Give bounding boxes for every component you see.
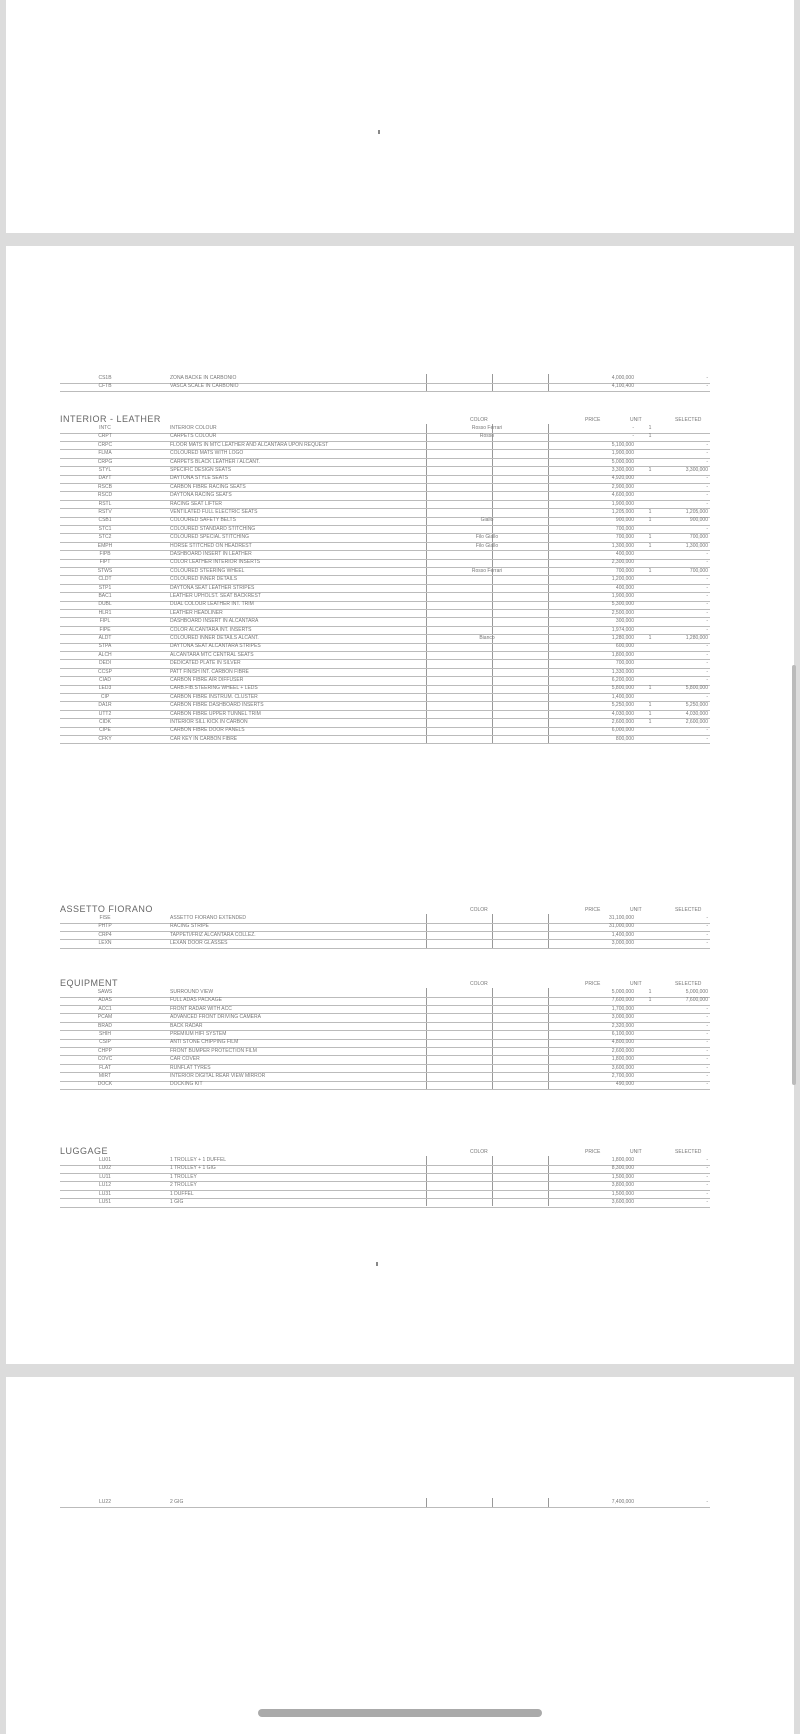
item-code: FIPT xyxy=(88,558,122,566)
item-code: SHIH xyxy=(88,1030,122,1038)
item-price: 1,900,000 xyxy=(550,449,634,457)
item-selected: 5,000,000 xyxy=(660,988,708,996)
item-price: 2,600,000 xyxy=(550,1047,634,1055)
item-description: FLOOR MATS IN MTC LEATHER AND ALCANTARA … xyxy=(170,441,328,449)
item-code: CHPP xyxy=(88,1047,122,1055)
item-code: PCAM xyxy=(88,1013,122,1021)
item-unit: 1 xyxy=(640,634,660,642)
item-description: VASCA SCALE IN CARBONIO xyxy=(170,382,239,390)
item-color: Filo Giallo xyxy=(428,533,546,541)
item-code: LU12 xyxy=(88,1181,122,1189)
item-price: 700,000 xyxy=(550,567,634,575)
item-selected: - xyxy=(660,659,708,667)
item-description: TAPPETI/FRIZ ALCANTARA COLLEZ. xyxy=(170,931,256,939)
section-title: ASSETTO FIORANO xyxy=(60,904,153,914)
item-color: Rosso Ferrari xyxy=(428,567,546,575)
item-selected: 4,030,000 xyxy=(660,710,708,718)
item-price: 3,800,000 xyxy=(550,1181,634,1189)
item-description: INTERIOR SILL KICK IN CARBON xyxy=(170,718,248,726)
item-description: SURROUND VIEW xyxy=(170,988,213,996)
item-price: 5,800,000 xyxy=(550,684,634,692)
item-price: 4,920,000 xyxy=(550,474,634,482)
home-indicator[interactable] xyxy=(258,1709,542,1717)
item-selected: - xyxy=(660,651,708,659)
column-header: UNIT xyxy=(630,1149,642,1155)
item-code: CRPT xyxy=(88,432,122,440)
item-selected: - xyxy=(660,642,708,650)
item-price: 4,000,000 xyxy=(550,374,634,382)
item-description: ALCANTARA MTC CENTRAL SEATS xyxy=(170,651,254,659)
item-code: BRAD xyxy=(88,1022,122,1030)
item-description: DAYTONA RACING SEATS xyxy=(170,491,232,499)
pdf-page-3: LU222 GIG7,400,000- xyxy=(6,1377,794,1734)
item-selected: - xyxy=(660,592,708,600)
item-description: INTERIOR COLOUR xyxy=(170,424,217,432)
item-selected: - xyxy=(660,558,708,566)
item-code: CSIP xyxy=(88,1038,122,1046)
item-selected: - xyxy=(660,449,708,457)
item-selected: 1,280,000 xyxy=(660,634,708,642)
item-code: LED3 xyxy=(88,684,122,692)
section-title: EQUIPMENT xyxy=(60,978,118,988)
item-price: 3,000,000 xyxy=(550,1013,634,1021)
item-description: CARBON FIBRE AIR DIFFUSER xyxy=(170,676,243,684)
item-selected: - xyxy=(660,491,708,499)
item-code: DUBL xyxy=(88,600,122,608)
item-price: 1,400,000 xyxy=(550,931,634,939)
item-description: DASHBOARD INSERT IN ALCANTARA xyxy=(170,617,258,625)
item-selected: - xyxy=(660,676,708,684)
item-code: RSTL xyxy=(88,500,122,508)
item-price: 700,000 xyxy=(550,659,634,667)
item-description: DOCKING KIT xyxy=(170,1080,203,1088)
column-header: PRICE xyxy=(585,417,600,423)
column-header: UNIT xyxy=(630,907,642,913)
item-price: 1,500,000 xyxy=(550,1190,634,1198)
item-description: 1 TROLLEY xyxy=(170,1173,197,1181)
item-selected: - xyxy=(660,1181,708,1189)
item-selected: - xyxy=(660,609,708,617)
item-description: COLOR LEATHER INTERIOR INSERTS xyxy=(170,558,260,566)
item-price: 2,320,000 xyxy=(550,1022,634,1030)
item-price: 3,000,000 xyxy=(550,939,634,947)
page-mark xyxy=(376,1262,378,1266)
item-selected: - xyxy=(660,693,708,701)
item-selected: - xyxy=(660,1198,708,1206)
item-description: CARB.FIB.STEERING WHEEL + LEDS xyxy=(170,684,258,692)
item-code: ALDT xyxy=(88,634,122,642)
item-code: CIPE xyxy=(88,726,122,734)
item-price: 6,100,000 xyxy=(550,1030,634,1038)
item-description: COLOURED INNER DETAILS ALCANT. xyxy=(170,634,259,642)
item-price: 1,974,000 xyxy=(550,626,634,634)
item-color: Rosso Ferrari xyxy=(428,424,546,432)
item-description: ANTI STONE CHIPPING FILM xyxy=(170,1038,238,1046)
item-code: FLMA xyxy=(88,449,122,457)
item-description: PREMIUM HIFI SYSTEM xyxy=(170,1030,226,1038)
item-code: LU11 xyxy=(88,1173,122,1181)
item-description: DAYTONA SEAT LEATHER STRIPES xyxy=(170,584,254,592)
table-row: LU222 GIG7,400,000- xyxy=(60,1498,710,1508)
item-code: UTT2 xyxy=(88,710,122,718)
item-price: 4,030,000 xyxy=(550,710,634,718)
item-price: 700,000 xyxy=(550,533,634,541)
item-description: 1 DUFFEL xyxy=(170,1190,194,1198)
item-code: LU31 xyxy=(88,1190,122,1198)
item-selected: 5,800,000 xyxy=(660,684,708,692)
item-price: 4,800,000 xyxy=(550,1038,634,1046)
column-header: PRICE xyxy=(585,981,600,987)
item-description: CARPETS BLACK LEATHER / ALCANT. xyxy=(170,458,260,466)
item-description: DASHBOARD INSERT IN LEATHER xyxy=(170,550,252,558)
item-price: 900,000 xyxy=(550,516,634,524)
item-selected: 5,250,000 xyxy=(660,701,708,709)
item-selected: - xyxy=(660,458,708,466)
item-selected: 700,000 xyxy=(660,533,708,541)
item-description: 1 TROLLEY + 1 DUFFEL xyxy=(170,1156,226,1164)
item-price: 800,000 xyxy=(550,735,634,743)
item-code: RSCD xyxy=(88,491,122,499)
item-unit: 1 xyxy=(640,710,660,718)
item-code: FISE xyxy=(88,914,122,922)
item-price: - xyxy=(550,424,634,432)
item-price: 2,900,000 xyxy=(550,483,634,491)
item-selected: - xyxy=(660,1156,708,1164)
item-selected: - xyxy=(660,668,708,676)
item-description: FRONT RADAR WITH ACC xyxy=(170,1005,232,1013)
item-code: RSTV xyxy=(88,508,122,516)
item-price: 31,000,000 xyxy=(550,922,634,930)
item-price: 4,100,400 xyxy=(550,382,634,390)
item-unit: 1 xyxy=(640,988,660,996)
item-code: LEXN xyxy=(88,939,122,947)
item-price: 600,000 xyxy=(550,642,634,650)
item-code: CS1B xyxy=(88,374,122,382)
item-price: 8,300,000 xyxy=(550,1164,634,1172)
item-selected: - xyxy=(660,1005,708,1013)
column-header: SELECTED xyxy=(675,981,701,987)
column-header: PRICE xyxy=(585,907,600,913)
item-description: RACING STRIPE xyxy=(170,922,209,930)
item-code: STP1 xyxy=(88,584,122,592)
item-description: COLOURED INNER DETAILS xyxy=(170,575,237,583)
table-row: CFTBVASCA SCALE IN CARBONIO4,100,400- xyxy=(60,382,710,392)
item-code: INTC xyxy=(88,424,122,432)
item-selected: 700,000 xyxy=(660,567,708,575)
section-title: INTERIOR - LEATHER xyxy=(60,414,161,424)
item-description: HORSE STITCHED ON HEADREST xyxy=(170,542,252,550)
column-header: PRICE xyxy=(585,1149,600,1155)
item-code: FLAT xyxy=(88,1064,122,1072)
item-description: 2 GIG xyxy=(170,1498,183,1506)
item-description: SPECIFIC DESIGN SEATS xyxy=(170,466,231,474)
item-selected: - xyxy=(660,939,708,947)
item-price: 1,500,000 xyxy=(550,1173,634,1181)
item-price: 4,600,000 xyxy=(550,491,634,499)
item-unit: 1 xyxy=(640,718,660,726)
page-mark xyxy=(378,130,380,134)
item-description: BACK RADAR xyxy=(170,1022,203,1030)
item-selected: - xyxy=(660,1072,708,1080)
item-description: ZONA BACKE IN CARBONIO xyxy=(170,374,236,382)
item-description: PATT FINISH INT. CARBON FIBRE xyxy=(170,668,249,676)
item-selected: - xyxy=(660,931,708,939)
item-price: 1,800,000 xyxy=(550,1055,634,1063)
item-code: PHTP xyxy=(88,922,122,930)
item-selected: - xyxy=(660,382,708,390)
item-code: DAYT xyxy=(88,474,122,482)
item-selected: - xyxy=(660,525,708,533)
item-selected: - xyxy=(660,575,708,583)
item-price: 1,205,000 xyxy=(550,508,634,516)
item-selected: - xyxy=(660,441,708,449)
item-code: COVC xyxy=(88,1055,122,1063)
item-unit: 1 xyxy=(640,516,660,524)
item-description: COLOR ALCANTARA INT. INSERTS xyxy=(170,626,252,634)
item-price: 5,000,000 xyxy=(550,458,634,466)
item-description: 2 TROLLEY xyxy=(170,1181,197,1189)
column-header: COLOR xyxy=(470,1149,488,1155)
item-code: LU22 xyxy=(88,1498,122,1506)
item-description: LEATHER UPHOLST. SEAT BACKREST xyxy=(170,592,261,600)
item-description: DAYTONA SEAT ALCANTARA STRIPES xyxy=(170,642,261,650)
item-description: 1 TROLLEY + 1 GIG xyxy=(170,1164,216,1172)
item-price: 1,330,000 xyxy=(550,668,634,676)
item-code: STPA xyxy=(88,642,122,650)
item-code: EMPH xyxy=(88,542,122,550)
item-price: 2,500,000 xyxy=(550,609,634,617)
item-selected: - xyxy=(660,1173,708,1181)
pdf-page-1 xyxy=(6,0,794,233)
item-code: CFKY xyxy=(88,735,122,743)
item-description: ASSETTO FIORANO EXTENDED xyxy=(170,914,246,922)
item-description: CAR COVER xyxy=(170,1055,200,1063)
item-code: MIRT xyxy=(88,1072,122,1080)
item-selected: - xyxy=(660,735,708,743)
item-price: 3,600,000 xyxy=(550,1198,634,1206)
scrollbar[interactable] xyxy=(792,665,796,1085)
item-description: DEDICATED PLATE IN SILVER xyxy=(170,659,241,667)
item-description: COLOURED STEERING WHEEL xyxy=(170,567,244,575)
item-selected: 2,600,000 xyxy=(660,718,708,726)
item-price: 2,300,000 xyxy=(550,558,634,566)
item-price: - xyxy=(550,432,634,440)
item-selected: - xyxy=(660,1047,708,1055)
item-description: ADVANCED FRONT DRIVING CAMERA xyxy=(170,1013,261,1021)
table-row: CFKYCAR KEY IN CARBON FIBRE800,000- xyxy=(60,735,710,745)
item-unit: 1 xyxy=(640,533,660,541)
item-code: DOCK xyxy=(88,1080,122,1088)
item-price: 6,200,000 xyxy=(550,676,634,684)
table-row: DOCKDOCKING KIT490,000- xyxy=(60,1080,710,1090)
item-selected: - xyxy=(660,483,708,491)
item-selected: - xyxy=(660,600,708,608)
item-unit: 1 xyxy=(640,996,660,1004)
item-selected: 1,205,000 xyxy=(660,508,708,516)
item-selected: - xyxy=(660,726,708,734)
item-selected: - xyxy=(660,1080,708,1088)
item-price: 490,000 xyxy=(550,1080,634,1088)
item-code: STWS xyxy=(88,567,122,575)
column-header: SELECTED xyxy=(675,417,701,423)
item-selected: - xyxy=(660,550,708,558)
column-header: SELECTED xyxy=(675,907,701,913)
item-selected: - xyxy=(660,1013,708,1021)
column-header: SELECTED xyxy=(675,1149,701,1155)
item-unit: 1 xyxy=(640,542,660,550)
item-code: FIPE xyxy=(88,626,122,634)
item-price: 6,000,000 xyxy=(550,726,634,734)
item-code: CIAD xyxy=(88,676,122,684)
item-selected: - xyxy=(660,1055,708,1063)
item-price: 7,400,000 xyxy=(550,1498,634,1506)
item-color: Filo Giallo xyxy=(428,542,546,550)
item-description: CARBON FIBRE INSTRUM. CLUSTER xyxy=(170,693,258,701)
table-row: LEXNLEXAN DOOR GLASSES3,000,000- xyxy=(60,939,710,949)
item-code: LU51 xyxy=(88,1198,122,1206)
table-row: LU511 GIG3,600,000- xyxy=(60,1198,710,1208)
item-code: CRPC xyxy=(88,441,122,449)
item-unit: 1 xyxy=(640,466,660,474)
item-selected: 3,300,000 xyxy=(660,466,708,474)
item-selected: - xyxy=(660,1190,708,1198)
item-price: 400,000 xyxy=(550,550,634,558)
item-selected: - xyxy=(660,474,708,482)
item-code: STC2 xyxy=(88,533,122,541)
item-selected: - xyxy=(660,374,708,382)
item-description: FULL ADAS PACKAGE xyxy=(170,996,222,1004)
item-code: HLR1 xyxy=(88,609,122,617)
item-price: 5,100,000 xyxy=(550,441,634,449)
item-description: COLOURED MATS WITH LOGO xyxy=(170,449,243,457)
item-code: LU02 xyxy=(88,1164,122,1172)
item-price: 700,000 xyxy=(550,525,634,533)
item-code: BAC1 xyxy=(88,592,122,600)
item-selected: - xyxy=(660,1038,708,1046)
item-description: 1 GIG xyxy=(170,1198,183,1206)
item-code: DA1R xyxy=(88,701,122,709)
item-color: Bianco xyxy=(428,634,546,642)
item-description: LEATHER HEADLINER xyxy=(170,609,223,617)
item-unit: 1 xyxy=(640,432,660,440)
item-price: 3,300,000 xyxy=(550,466,634,474)
item-selected: - xyxy=(660,914,708,922)
item-description: FRONT BUMPER PROTECTION FILM xyxy=(170,1047,257,1055)
item-description: COLOURED SAFETY BELTS xyxy=(170,516,236,524)
item-code: ADAS xyxy=(88,996,122,1004)
item-unit: 1 xyxy=(640,701,660,709)
item-selected: 7,600,000 xyxy=(660,996,708,1004)
item-price: 1,280,000 xyxy=(550,634,634,642)
item-selected: 1,300,000 xyxy=(660,542,708,550)
column-header: UNIT xyxy=(630,981,642,987)
item-price: 5,300,000 xyxy=(550,600,634,608)
item-selected: - xyxy=(660,1030,708,1038)
item-price: 1,800,000 xyxy=(550,1156,634,1164)
item-price: 7,600,000 xyxy=(550,996,634,1004)
item-price: 1,800,000 xyxy=(550,651,634,659)
item-code: ACC1 xyxy=(88,1005,122,1013)
item-description: LEXAN DOOR GLASSES xyxy=(170,939,228,947)
section-title: LUGGAGE xyxy=(60,1146,108,1156)
item-selected: - xyxy=(660,1498,708,1506)
item-price: 1,900,000 xyxy=(550,592,634,600)
item-code: SAWS xyxy=(88,988,122,996)
item-description: VENTILATED FULL ELECTRIC SEATS xyxy=(170,508,257,516)
item-code: FIPB xyxy=(88,550,122,558)
item-description: INTERIOR DIGITAL REAR VIEW MIRROR xyxy=(170,1072,265,1080)
item-price: 300,000 xyxy=(550,617,634,625)
item-code: CCSP xyxy=(88,668,122,676)
item-code: CSB1 xyxy=(88,516,122,524)
item-price: 1,300,000 xyxy=(550,542,634,550)
item-description: CARBON FIBRE DOOR PANELS xyxy=(170,726,245,734)
item-code: STYL xyxy=(88,466,122,474)
column-header: UNIT xyxy=(630,417,642,423)
item-price: 1,400,000 xyxy=(550,693,634,701)
item-selected: - xyxy=(660,500,708,508)
item-selected: - xyxy=(660,1164,708,1172)
item-unit: 1 xyxy=(640,508,660,516)
item-description: RACING SEAT LIFTER xyxy=(170,500,222,508)
item-description: CARBON FIBRE UPPER TUNNEL TRIM xyxy=(170,710,261,718)
item-price: 5,250,000 xyxy=(550,701,634,709)
item-code: RSCB xyxy=(88,483,122,491)
item-price: 3,600,000 xyxy=(550,1064,634,1072)
item-selected: - xyxy=(660,922,708,930)
item-code: STC1 xyxy=(88,525,122,533)
item-code: CIP xyxy=(88,693,122,701)
item-description: COLOURED STANDARD STITCHING xyxy=(170,525,255,533)
item-selected: - xyxy=(660,1064,708,1072)
item-unit: 1 xyxy=(640,684,660,692)
item-selected: - xyxy=(660,1022,708,1030)
item-code: CRP4 xyxy=(88,931,122,939)
item-price: 31,100,000 xyxy=(550,914,634,922)
item-description: CARBON FIBRE DASHBOARD INSERTS xyxy=(170,701,264,709)
item-code: FIPL xyxy=(88,617,122,625)
item-price: 2,600,000 xyxy=(550,718,634,726)
item-description: RUNFLAT TYRES xyxy=(170,1064,211,1072)
item-selected: - xyxy=(660,584,708,592)
item-unit: 1 xyxy=(640,567,660,575)
item-code: LU01 xyxy=(88,1156,122,1164)
item-description: CARPETS COLOUR xyxy=(170,432,216,440)
item-code: CIDK xyxy=(88,718,122,726)
item-description: DUAL COLOUR LEATHER INT. TRIM xyxy=(170,600,254,608)
item-code: CRPG xyxy=(88,458,122,466)
item-code: CFTB xyxy=(88,382,122,390)
item-selected: 900,000 xyxy=(660,516,708,524)
item-selected: - xyxy=(660,626,708,634)
item-color: Rosso xyxy=(428,432,546,440)
item-price: 1,200,000 xyxy=(550,575,634,583)
item-code: ALCH xyxy=(88,651,122,659)
item-price: 1,900,000 xyxy=(550,500,634,508)
item-code: CLDT xyxy=(88,575,122,583)
column-header: COLOR xyxy=(470,907,488,913)
column-header: COLOR xyxy=(470,981,488,987)
item-price: 2,700,000 xyxy=(550,1072,634,1080)
item-unit: 1 xyxy=(640,424,660,432)
item-selected: - xyxy=(660,617,708,625)
item-price: 400,000 xyxy=(550,584,634,592)
item-color: Giallo xyxy=(428,516,546,524)
item-description: DAYTONA STYLE SEATS xyxy=(170,474,228,482)
item-description: COLOURED SPECIAL STITCHING xyxy=(170,533,249,541)
item-price: 5,000,000 xyxy=(550,988,634,996)
pdf-page-2: CS1BZONA BACKE IN CARBONIO4,000,000-CFTB… xyxy=(6,246,794,1364)
